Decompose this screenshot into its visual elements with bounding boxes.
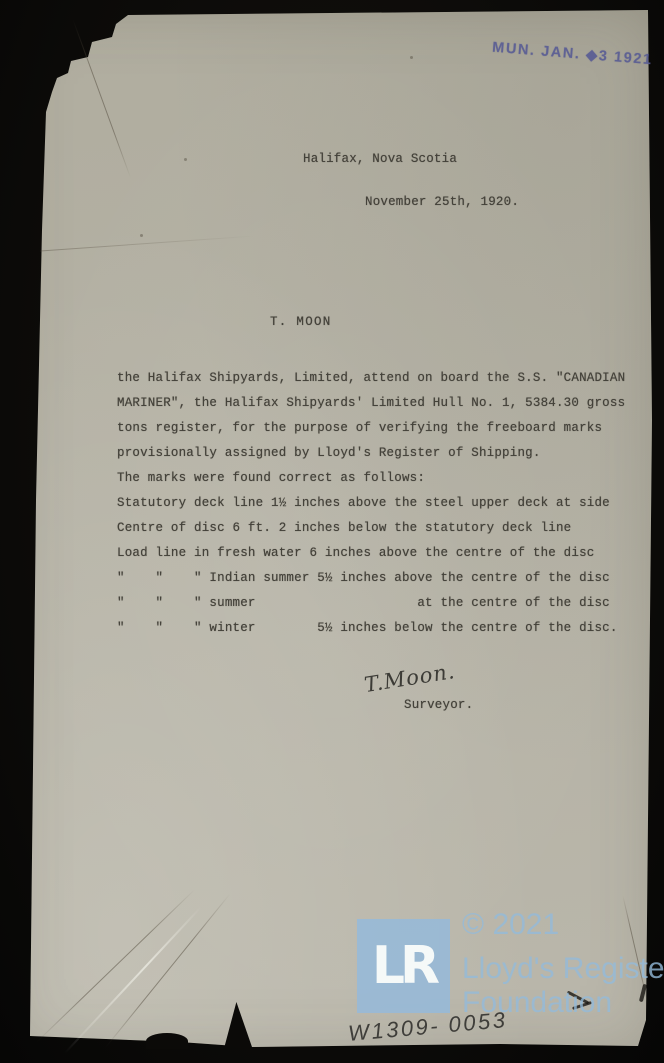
body-line: Centre of disc 6 ft. 2 inches below the …: [117, 516, 625, 541]
date-line: November 25th, 1920.: [365, 195, 519, 209]
body-line: Statutory deck line 1½ inches above the …: [117, 491, 625, 516]
body-line: MARINER", the Halifax Shipyards' Limited…: [117, 391, 625, 416]
body-line: " " " summer at the centre of the disc: [117, 591, 625, 616]
letter-body: the Halifax Shipyards, Limited, attend o…: [117, 366, 625, 641]
body-line: The marks were found correct as follows:: [117, 466, 625, 491]
signature-title: Surveyor.: [404, 698, 473, 712]
body-line: " " " winter 5½ inches below the centre …: [117, 616, 625, 641]
addressee-line: T. MOON: [270, 315, 332, 329]
body-line: the Halifax Shipyards, Limited, attend o…: [117, 366, 625, 391]
body-line: tons register, for the purpose of verify…: [117, 416, 625, 441]
body-line: Load line in fresh water 6 inches above …: [117, 541, 625, 566]
scanned-letter-photo: MUN. JAN. ◆3 1921 Halifax, Nova Scotia N…: [0, 0, 664, 1063]
foxing-speck-1: [184, 158, 187, 161]
body-line: " " " Indian summer 5½ inches above the …: [117, 566, 625, 591]
paper-tear-blob: [146, 1033, 188, 1049]
place-line: Halifax, Nova Scotia: [303, 152, 457, 166]
foxing-speck-2: [140, 234, 143, 237]
body-line: provisionally assigned by Lloyd's Regist…: [117, 441, 625, 466]
foxing-speck-3: [410, 56, 413, 59]
